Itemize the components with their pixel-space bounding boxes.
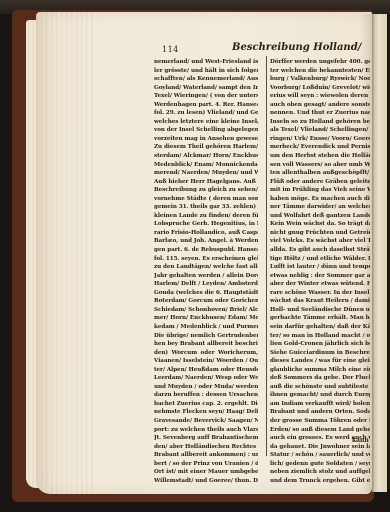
text-line: glaubliche summa Milch eine einige Kuh: [270, 366, 370, 375]
text-line: ner Tämme darwider/ an welchen zu Heil: [270, 203, 370, 212]
text-line: zu den Landtägen/ welche fast alle Viert…: [154, 263, 258, 272]
text-line: schafften/ als Kennemerland/ Aussteland/: [154, 75, 258, 84]
text-line: sterdam/ Alckmar/ Horn/ Enckhusen/: [154, 152, 258, 161]
text-line: Jahr gehalten werden / allein Dordrecht/: [154, 272, 258, 281]
text-line: neben ziemlich stolz und auffgeblasen/: [270, 468, 370, 477]
text-line: erius will seyn : wiewolen deren Ort un: [270, 92, 370, 101]
text-line: vornehme Städte ( deren man sonsten ins: [154, 195, 258, 204]
text-line: Die übrige/ nemlich Gertrudenberg/ (so e…: [154, 332, 258, 341]
text-line: Brabant und andern Orten. Sodann: [270, 408, 370, 417]
text-line: aber der Winter etwas wütend. Haben: [270, 280, 370, 289]
text-line: Willemstadt/ und Goeree/ thun. Der: [154, 477, 258, 486]
text-line: Statur / schön / sauerlich/ und verständ…: [270, 451, 370, 460]
text-line: Holl- und Seeländische Dünen und ge-: [270, 306, 370, 315]
text-line: merbeck/ Everendick und Pernisse. Insule…: [270, 143, 370, 152]
text-line: fol. 29. zu lesen) Vlieland/ und Gerinde…: [154, 109, 258, 118]
text-line: deß Sommers da gebe. Der Fluchs hat: [270, 374, 370, 383]
text-line: etwas neblig : der Sommer gar angenehm: [270, 272, 370, 281]
text-line: fol. 115. seyen. Es erscheinen gleichwol: [154, 255, 258, 264]
text-line: mit im Frühling das Vieh seine Weyde: [270, 186, 370, 195]
catchword-right-2: kann: [352, 437, 369, 444]
text-line: ringen/ Urk/ Ensse/ Voorn/ Goeree/ Ev-: [270, 135, 370, 144]
text-line: hen bey Brabant allbereit beschrieben wo…: [154, 340, 258, 349]
text-line: Siehe Guicciardinum in Beschreibung: [270, 349, 370, 358]
text-line: auch oben gesagt/ andere sonsten eine St…: [270, 101, 370, 110]
text-line: gen part. 6. de Rebuspubl. Hanseat.: [154, 246, 258, 255]
text-line: Goyland/ Waterland/ sampt den Inseln: [154, 84, 258, 93]
text-line: Flüß oder andere Gräben geleitet wird/ d…: [270, 178, 370, 187]
text-line: und Muyden / oder Muda/ werden nicht: [154, 383, 258, 392]
text-line: allda. Es gibt auch daselbst Sträuch/ar-: [270, 246, 370, 255]
text-line: kedam / Medenblick / und Purmerende.: [154, 323, 258, 332]
text-line: bert / so der Prinz von Uranien / dessen…: [154, 460, 258, 469]
text-line: ihnen gemacht/ und durch Europam, Asi-: [270, 391, 370, 400]
text-line: als Texel/ Vlieland/ Schellingen/ Wie-: [270, 126, 370, 135]
text-line: Voorburg/ Loßduin/ Grevelot/ wie Zu-: [270, 84, 370, 93]
text-line: ler grösste/ und hält in sich folgende L…: [154, 67, 258, 76]
text-line: tige Höltz / und etliche Wälder. Die: [270, 255, 370, 264]
text-line: Barlæo, und Joh. Angel. à Werdenha-: [154, 237, 258, 246]
text-line: und dem Trunck ergeben. Gibt ein: [270, 477, 370, 486]
text-line: Kein Wein wächst da. So trägt das Land: [270, 220, 370, 229]
text-line: sen voll Wassers/ so aber umb Weihnach-: [270, 161, 370, 170]
text-line: Werdenhagen part. 4. Rer. Hanseat. c. 4.: [154, 101, 258, 110]
text-line: Viaanen/ Isselstein/ Woerden / Oudewa-: [154, 357, 258, 366]
next-page-edge: [372, 14, 387, 492]
text-line: ter welchen die bekanntesten/ Egmond/ Ry…: [270, 67, 370, 76]
text-line: Beschreibung zu gleich zu sehen/ wie vie…: [154, 186, 258, 195]
text-line: nemerland/ und West-Friesland ist der al…: [154, 58, 258, 67]
text-line: gerbachte Tämme erhält. Man hat wol: [270, 314, 370, 323]
text-line: viel Volcks. Es wächst aber viel Torf: [270, 237, 370, 246]
text-line: port: zu welchen theils auch Vlardingen/: [154, 426, 258, 435]
text-line: dieses Landes / was für eine gleichsam u…: [270, 357, 370, 366]
text-line: den) Worcum oder Woricherum,: [154, 349, 258, 358]
text-line: Erden/ so auß diesem Land gehet/ ist zu: [270, 426, 370, 435]
text-line: nehmste Flecken seyn/ Haag/ Delfshaven/: [154, 408, 258, 417]
text-line: auß die schönste und subtileste Leinwand: [270, 383, 370, 392]
page-edge-lines: [36, 12, 96, 494]
text-line: kleinen Lande zu finden/ deren fürnehmst…: [154, 212, 258, 221]
running-head: 114 Beschreibung Holland/: [162, 42, 362, 56]
text-line: rare schöne Wasser. In der Insel Texel: [270, 289, 370, 298]
text-line: von der Insel Schelling abgelegen / aber: [154, 126, 258, 135]
text-line: Auß hieher Herr Hagelgans. Auß welcher: [154, 178, 258, 187]
text-line: den/ aber Holländischen Rechtes / ( so b…: [154, 443, 258, 452]
text-line: Dörffer werden ungefehr 400. gezehlet/un…: [270, 58, 370, 67]
text-line: Schiedam/ Schonhoven/ Briel/ Alck-: [154, 306, 258, 315]
text-line: Lufft ist lauter / dünn und temperiert/ …: [270, 263, 370, 272]
text-line: Gouda (welches die 6. Hauptstädte seyn/: [154, 289, 258, 298]
text-line: welches letztere eine kleine Insel/ nich…: [154, 118, 258, 127]
text-line: burg / Valkenburg/ Ryswick/ Noord-: [270, 75, 370, 84]
text-line: Gravesande/ Bevervick/ Saagen/ Neu-: [154, 417, 258, 426]
text-column-right: Dörffer werden ungefehr 400. gezehlet/un…: [270, 58, 370, 485]
text-line: um den Herbst stehen die Holländische Wi…: [270, 152, 370, 161]
text-line: gemein 31. theils gar 33. zehlen) in die…: [154, 203, 258, 212]
text-line: Harlem/ Delft / Leyden/ Ambsterdam/: [154, 280, 258, 289]
text-line: wächst das Kraut Heilern / damit man: [270, 297, 370, 306]
text-line: Inseln so zu Holland gehören benannt/: [270, 118, 370, 127]
text-line: merend/ Naerden/ Muyden/ und Wesep.: [154, 169, 258, 178]
text-line: vorzeiten mag in Ansehen gewesen seyn.: [154, 135, 258, 144]
text-line: mer/ Horn/ Enckhusen/ Edam/ Monnic-: [154, 314, 258, 323]
text-line: lion Gold-Cronen jährlich sich belauffe.: [270, 340, 370, 349]
text-line: nicht gnug Früchten und Getreid / für: [270, 229, 370, 238]
text-line: Medenblick/ Enam/ Monnickendam/ Pur-: [154, 161, 258, 170]
text-line: Jt. Sevenberg auff Brabantischem Bo-: [154, 434, 258, 443]
text-line: Roterdam/ Gorcum oder Gorichemum,: [154, 297, 258, 306]
text-line: und Wolfahrt deß gantzen Landes hanget.: [270, 212, 370, 221]
text-line: rario Frisio-Hollandico, auß Caspare: [154, 229, 258, 238]
text-line: ter/ Alpen/ Heußdam oder Heusdenum,: [154, 366, 258, 375]
column-divider: [266, 56, 267, 456]
text-line: Texel/ Wieringen/ ( von der unterschiede…: [154, 92, 258, 101]
text-line: Leerdam/ Naerden/ Wesp oder Wesop/: [154, 374, 258, 383]
text-line: darzu beruffen : dessen Ursachen oder: [154, 391, 258, 400]
text-line: haben möge. Es machen auch die Jenseit-: [270, 195, 370, 204]
text-line: Ort ist/ mit einer Mauer umbgeben ) ; Jt…: [154, 468, 258, 477]
text-line: ter/ so man in Holland macht / ob ein Mi…: [270, 332, 370, 341]
running-head-title: Beschreibung Holland/: [232, 42, 361, 53]
text-line: sein darfür gehalten/ daß der Käß und Bu…: [270, 323, 370, 332]
text-line: am Indiam verkaufft wird/ holen sie auch: [270, 400, 370, 409]
text-line: Zu diesem Theil gehören Harlem/ Amb-: [154, 143, 258, 152]
text-line: lich/ gedenn gute Soldaten / seyn aber d…: [270, 460, 370, 469]
text-line: Lobspruche Gerh. Hegenitius, in Itine-: [154, 220, 258, 229]
text-line: der grosse Summa Töhren oder Brenn-: [270, 417, 370, 426]
text-line: Brabant allbereit ankommen) : und Clum-: [154, 451, 258, 460]
text-line: nennen. Und thut er Zuerius nach gehends: [270, 109, 370, 118]
text-line: ten allenthalben außgeschöpfft/ und in d…: [270, 169, 370, 178]
text-column-left: nemerland/ und West-Friesland ist der al…: [154, 58, 258, 485]
page-number: 114: [162, 45, 179, 54]
text-line: bachet Zuerius cap. 2. ergehlt. Die vor-: [154, 400, 258, 409]
